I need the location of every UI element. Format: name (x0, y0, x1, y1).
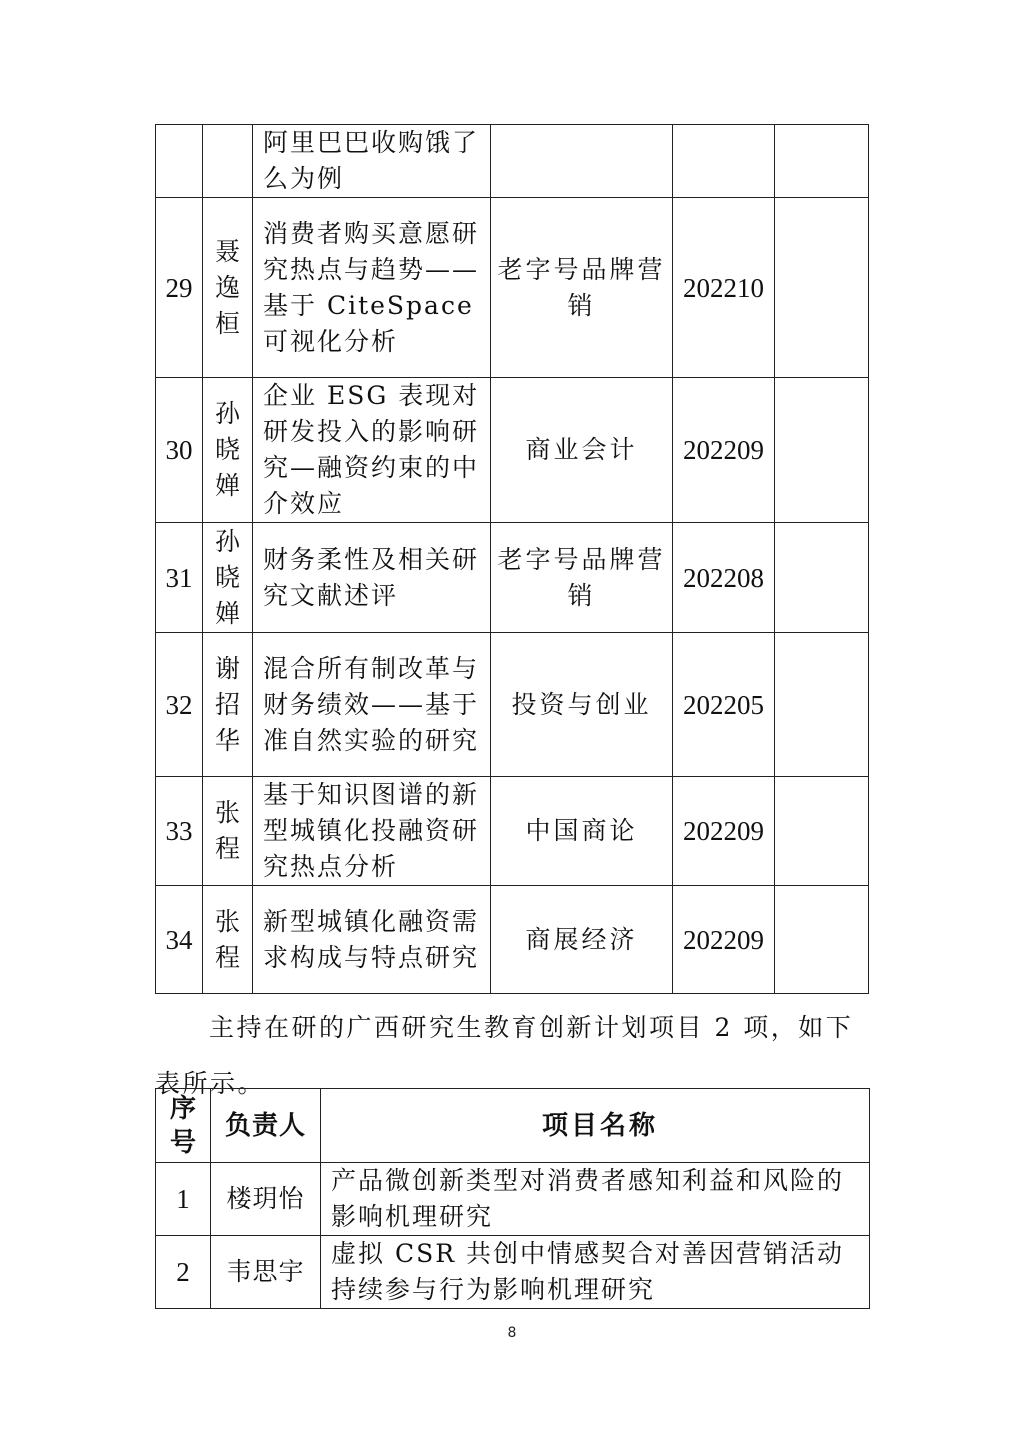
note (775, 523, 869, 633)
publish-date: 202210 (673, 198, 775, 378)
journal: 中国商论 (491, 777, 673, 886)
note (775, 633, 869, 777)
project-lead: 韦思宇 (211, 1236, 321, 1309)
journal: 商展经济 (491, 886, 673, 994)
table-header-row: 序号 负责人 项目名称 (156, 1089, 870, 1163)
paper-title: 消费者购买意愿研究热点与趋势——基于 CiteSpace 可视化分析 (253, 198, 491, 378)
papers-table: 阿里巴巴收购饿了么为例 29 聂逸桓 消费者购买意愿研究热点与趋势——基于 Ci… (155, 124, 869, 994)
author: 聂逸桓 (203, 198, 253, 378)
journal: 投资与创业 (491, 633, 673, 777)
table-row: 30 孙晓婵 企业 ESG 表现对研发投入的影响研究—融资约束的中介效应 商业会… (156, 378, 869, 523)
paper-title: 阿里巴巴收购饿了么为例 (253, 125, 491, 198)
note (775, 777, 869, 886)
table-row: 32 谢招华 混合所有制改革与财务绩效——基于准自然实验的研究 投资与创业 20… (156, 633, 869, 777)
projects-table: 序号 负责人 项目名称 1 楼玥怡 产品微创新类型对消费者感知利益和风险的影响机… (155, 1088, 870, 1309)
page-number: 8 (0, 1325, 1024, 1341)
header-number: 序号 (156, 1089, 211, 1163)
row-number: 29 (156, 198, 203, 378)
row-number: 30 (156, 378, 203, 523)
author: 张程 (203, 886, 253, 994)
author: 张程 (203, 777, 253, 886)
table-row: 34 张程 新型城镇化融资需求构成与特点研究 商展经济 202209 (156, 886, 869, 994)
paper-title: 财务柔性及相关研究文献述评 (253, 523, 491, 633)
publish-date: 202205 (673, 633, 775, 777)
project-lead: 楼玥怡 (211, 1163, 321, 1236)
row-number: 33 (156, 777, 203, 886)
table-row: 1 楼玥怡 产品微创新类型对消费者感知利益和风险的影响机理研究 (156, 1163, 870, 1236)
author (203, 125, 253, 198)
row-number: 34 (156, 886, 203, 994)
author: 孙晓婵 (203, 523, 253, 633)
publish-date: 202208 (673, 523, 775, 633)
paper-title: 新型城镇化融资需求构成与特点研究 (253, 886, 491, 994)
journal: 老字号品牌营销 (491, 198, 673, 378)
project-name: 产品微创新类型对消费者感知利益和风险的影响机理研究 (321, 1163, 870, 1236)
note (775, 378, 869, 523)
paper-title: 基于知识图谱的新型城镇化投融资研究热点分析 (253, 777, 491, 886)
row-number: 1 (156, 1163, 211, 1236)
row-number: 2 (156, 1236, 211, 1309)
row-number: 32 (156, 633, 203, 777)
header-lead: 负责人 (211, 1089, 321, 1163)
author: 孙晓婵 (203, 378, 253, 523)
table-row: 33 张程 基于知识图谱的新型城镇化投融资研究热点分析 中国商论 202209 (156, 777, 869, 886)
journal: 商业会计 (491, 378, 673, 523)
publish-date: 202209 (673, 886, 775, 994)
paper-title: 混合所有制改革与财务绩效——基于准自然实验的研究 (253, 633, 491, 777)
publish-date: 202209 (673, 378, 775, 523)
publish-date: 202209 (673, 777, 775, 886)
header-project-name: 项目名称 (321, 1089, 870, 1163)
row-number: 31 (156, 523, 203, 633)
publish-date (673, 125, 775, 198)
table-row: 29 聂逸桓 消费者购买意愿研究热点与趋势——基于 CiteSpace 可视化分… (156, 198, 869, 378)
author: 谢招华 (203, 633, 253, 777)
journal: 老字号品牌营销 (491, 523, 673, 633)
note (775, 198, 869, 378)
project-name: 虚拟 CSR 共创中情感契合对善因营销活动持续参与行为影响机理研究 (321, 1236, 870, 1309)
table-row: 31 孙晓婵 财务柔性及相关研究文献述评 老字号品牌营销 202208 (156, 523, 869, 633)
table-row: 阿里巴巴收购饿了么为例 (156, 125, 869, 198)
note (775, 886, 869, 994)
row-number (156, 125, 203, 198)
table-row: 2 韦思宇 虚拟 CSR 共创中情感契合对善因营销活动持续参与行为影响机理研究 (156, 1236, 870, 1309)
journal (491, 125, 673, 198)
paper-title: 企业 ESG 表现对研发投入的影响研究—融资约束的中介效应 (253, 378, 491, 523)
note (775, 125, 869, 198)
